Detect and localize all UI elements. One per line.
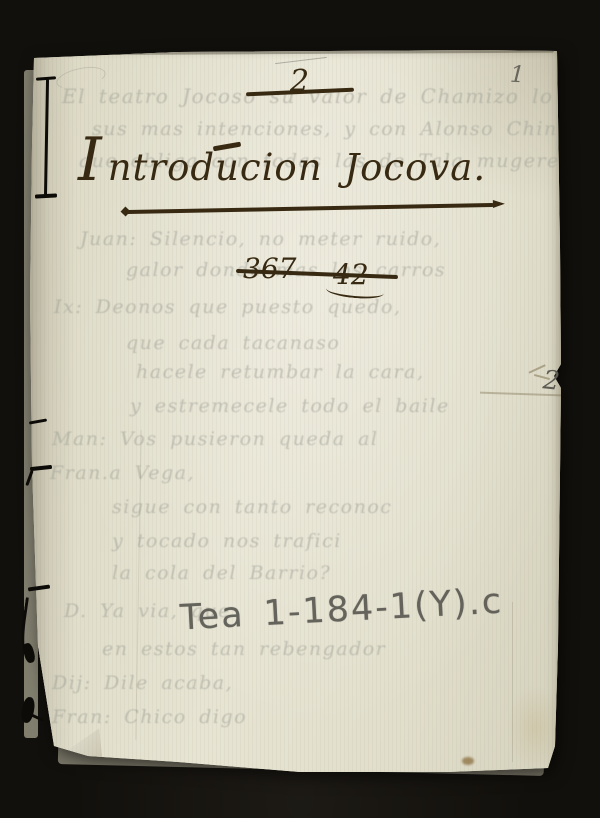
bleedthrough-line: Juan: Silencio, no meter ruido,: [80, 228, 441, 250]
bleedthrough-line: hacele retumbar la cara,: [136, 361, 425, 383]
bleedthrough-line: la cola del Barrio?: [112, 562, 331, 584]
manuscript-page: El teatro Jocoso su valor de Chamizo los…: [28, 46, 562, 776]
bleedthrough-line: que cada tacanaso: [126, 332, 340, 354]
bleedthrough-line: en estos tan rebengador: [102, 638, 386, 660]
edge-number: 2: [541, 365, 561, 397]
page-title: Introducion Jocova.: [78, 136, 486, 189]
bleedthrough-line: Man: Vos pusieron queda al: [52, 428, 379, 450]
stain-patch: [506, 684, 564, 772]
stain-dot: [462, 757, 474, 765]
bleedthrough-line: Dij: Dile acaba,: [52, 672, 233, 694]
bleedthrough-line: y estremecele todo el baile: [130, 395, 450, 417]
paper-wrap: El teatro Jocoso su valor de Chamizo los…: [0, 0, 600, 818]
bleedthrough-line: sigue con tanto reconoc: [112, 496, 392, 518]
photo-canvas: El teatro Jocoso su valor de Chamizo los…: [0, 0, 600, 818]
bleedthrough-line: Ix: Deonos que puesto quedo,: [54, 296, 402, 318]
bleedthrough-line: Fran.a Vega,: [50, 462, 195, 484]
bleedthrough-line: Fran: Chico digo: [52, 706, 247, 728]
folio-number: 1: [509, 62, 525, 89]
bleedthrough-line: y tocado nos trafici: [112, 530, 342, 552]
